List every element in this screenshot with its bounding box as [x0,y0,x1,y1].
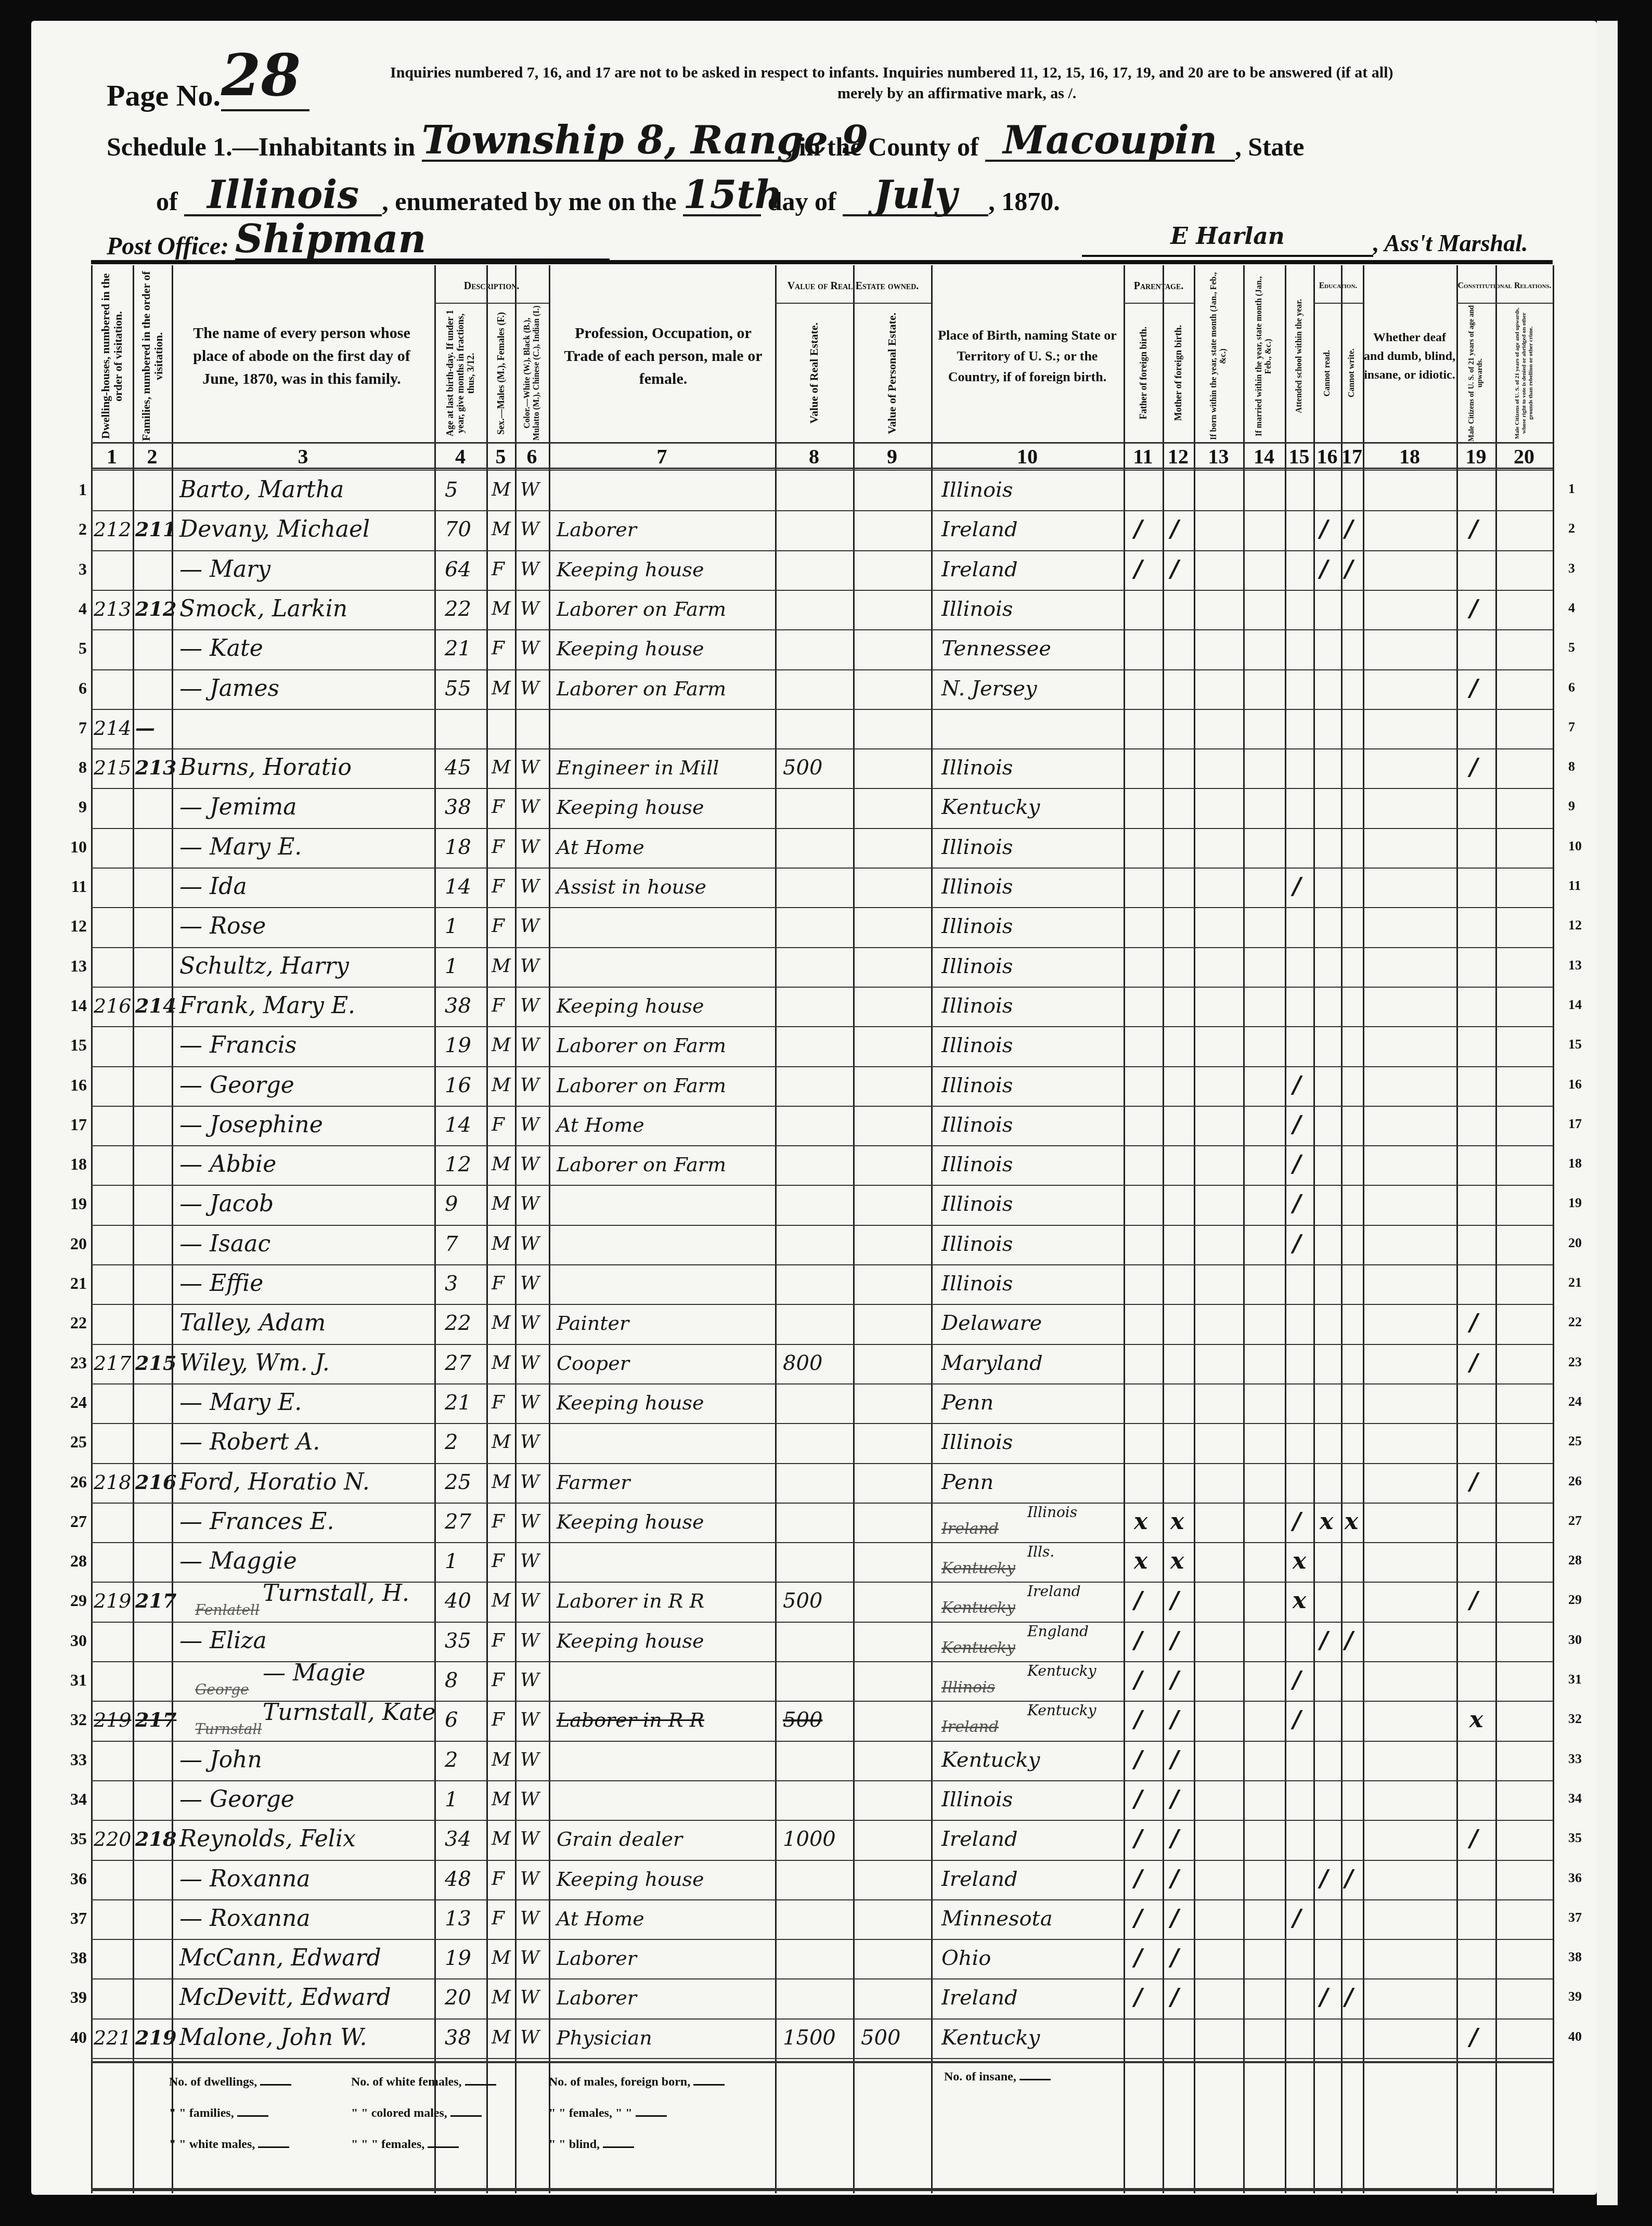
person-name: — Kate [179,629,263,668]
age: 34 [445,1820,471,1858]
family-number: 219 [135,2018,176,2057]
birthplace: Illinois [941,1106,1013,1144]
occupation: Laborer on Farm [557,590,726,628]
table-row: 3636— Roxanna48FWKeeping houseIreland///… [91,1860,1553,1899]
table-row: 2727— Frances E.27FWKeeping houseIllinoi… [91,1503,1553,1542]
cannot-read-mark: / [1320,510,1328,549]
sex: M [492,1026,511,1065]
table-row: 2626218216Ford, Horatio N.25MWFarmerPenn… [91,1463,1553,1503]
mother-foreign-mark: / [1170,1860,1179,1898]
row-divider [91,2018,1553,2020]
family-number: — [135,709,155,747]
cannot-read-mark: / [1320,550,1328,589]
sex: F [492,828,505,866]
person-name: Wiley, Wm. J. [179,1344,330,1382]
line-number-left: 13 [66,956,87,976]
line-number-left: 36 [66,1869,87,1888]
father-foreign-mark: / [1134,1701,1142,1739]
person-name: — Effie [179,1264,263,1303]
header-constitutional-group: Constitutional Relations. [1456,270,1553,302]
row-divider [91,1383,1553,1384]
line-number-right: 21 [1568,1275,1582,1290]
footer-colored-males: " " colored males, [351,2106,482,2120]
table-row: 2222Talley, Adam22MWPainterDelaware/ [91,1304,1553,1343]
column-number: 10 [931,442,1124,471]
table-row: 66— James55MWLaborer on FarmN. Jersey/ [91,669,1553,709]
state-label: , State [1235,132,1304,161]
color: W [520,788,539,826]
occupation: Keeping house [557,629,704,668]
column-number: 20 [1495,442,1553,471]
header-parentage-group: Parentage. [1124,270,1194,302]
color: W [520,907,539,946]
row-divider [91,748,1553,749]
male-citizen-mark: / [1469,1344,1478,1382]
sex: M [492,1423,511,1461]
line-number-left: 24 [66,1393,87,1412]
person-name: — Jacob [179,1185,274,1223]
table-row: 3232219217Turnstall, Kate6FWLaborer in R… [91,1701,1553,1740]
occupation: Cooper [557,1344,629,1382]
line-number-right: 9 [1568,798,1575,814]
page-label: Page No. [107,79,221,112]
father-foreign-mark: x [1134,1503,1147,1541]
marshal-line: E Harlan, Ass't Marshal. [1082,218,1528,257]
birthplace: Penn [941,1463,993,1502]
header-personal-estate: Value of Personal Estate. [853,304,931,442]
father-foreign-mark: / [1134,510,1142,549]
sex: F [492,1701,505,1739]
age: 45 [445,748,471,787]
person-name: — Mary E. [179,828,302,866]
dwelling-number: 219 [94,1701,132,1739]
line-number-right: 39 [1568,1989,1582,2004]
line-number-right: 15 [1568,1037,1582,1052]
header-family: Families, numbered in the order of visit… [133,270,172,442]
sex: M [492,947,511,986]
color: W [520,590,539,628]
column-divider [549,265,550,2193]
occupation: Keeping house [557,987,704,1025]
age: 1 [445,1542,458,1581]
real-estate-value: 500 [783,1582,822,1620]
day-field: 15th [683,177,761,216]
column-divider [434,265,436,2193]
footer-colored-females: " " " females, [351,2138,459,2152]
occupation: Keeping house [557,1622,704,1660]
birthplace: Illinois [941,947,1013,986]
mother-foreign-mark: / [1170,1899,1179,1938]
column-number: 13 [1194,442,1243,471]
color: W [520,1978,539,2017]
column-number: 19 [1456,442,1495,471]
header-education-group: Education. [1313,270,1363,302]
column-divider [1124,265,1125,2193]
occupation: Farmer [557,1463,630,1502]
line-number-right: 1 [1568,481,1575,497]
footer-dwellings: No. of dwellings, [169,2075,291,2089]
color: W [520,669,539,708]
occupation: Painter [557,1304,629,1342]
sex: F [492,1503,505,1541]
occupation: Keeping house [557,1383,704,1422]
footer-white-males: " " white males, [169,2138,289,2152]
header-divider [91,442,1553,444]
sex: M [492,1820,511,1858]
line-number-right: 28 [1568,1552,1582,1568]
column-divider [515,265,517,2193]
footer-families: " " families, [169,2106,268,2120]
row-divider [91,1661,1553,1662]
sex: M [492,748,511,787]
occupation: Laborer on Farm [557,1066,726,1105]
column-number: 6 [515,442,549,471]
mother-foreign-mark: / [1170,1661,1179,1700]
color: W [520,1780,539,1819]
birthplace: Minnesota [941,1899,1052,1938]
birthplace: Illinois [941,1264,1013,1303]
age: 22 [445,590,471,628]
color: W [520,1860,539,1898]
sex: F [492,1622,505,1660]
table-row: 3737— Roxanna13FWAt HomeMinnesota/// [91,1899,1553,1939]
line-number-left: 12 [66,916,87,936]
row-divider [91,1741,1553,1742]
occupation: At Home [557,1899,644,1938]
birthplace: Illinois [941,1423,1013,1461]
post-office-line: Post Office: Shipman [107,221,610,261]
header-deaf-blind: Whether deaf and dumb, blind, insane, or… [1363,270,1456,442]
person-name: Reynolds, Felix [179,1820,356,1858]
line-number-left: 27 [66,1512,87,1531]
mother-foreign-mark: / [1170,1582,1179,1620]
age: 64 [445,550,471,589]
age: 27 [445,1344,471,1382]
row-divider [91,947,1553,948]
dwelling-number: 220 [94,1820,132,1858]
line-number-left: 30 [66,1631,87,1650]
occupation: Laborer [557,1939,637,1977]
age: 2 [445,1423,458,1461]
family-number: 218 [135,1820,176,1858]
line-number-right: 36 [1568,1870,1582,1886]
group-divider [1313,303,1363,304]
father-foreign-mark: / [1134,1622,1142,1660]
table-row: 2323217215Wiley, Wm. J.27MWCooper800Mary… [91,1344,1553,1383]
person-name: McCann, Edward [179,1939,381,1977]
person-name: — Francis [179,1026,296,1065]
table-row: 3434— George1MWIllinois// [91,1780,1553,1820]
column-number: 1 [91,442,133,471]
sex: F [492,1542,505,1581]
age: 14 [445,1106,471,1144]
color: W [520,1622,539,1660]
page-number: 28 [221,42,301,109]
column-divider [775,265,777,2193]
cannot-write-mark: / [1345,510,1353,549]
line-number-right: 34 [1568,1791,1582,1806]
father-foreign-mark: / [1134,1860,1142,1898]
sex: F [492,907,505,946]
birthplace: Maryland [941,1344,1043,1382]
person-name: — James [179,669,279,708]
personal-estate-value: 500 [861,2018,900,2057]
sex: M [492,1145,511,1184]
sex: M [492,1978,511,2017]
table-row: 1111— Ida14FWAssist in houseIllinois/ [91,868,1553,907]
attended-school-mark: x [1293,1542,1306,1581]
table-row: 44213212Smock, Larkin22MWLaborer on Farm… [91,590,1553,629]
father-foreign-mark: / [1134,1661,1142,1700]
age: 35 [445,1622,471,1660]
color: W [520,1106,539,1144]
birthplace: Illinois [941,1185,1013,1223]
attended-school-mark: / [1293,1503,1301,1541]
color: W [520,868,539,906]
occupation: Keeping house [557,550,704,589]
line-number-left: 11 [66,877,87,896]
header-description-group: Description. [434,270,549,302]
age: 40 [445,1582,471,1620]
line-number-left: 21 [66,1274,87,1293]
notice-line-2: merely by an affirmative mark, as /. [390,83,1534,104]
table-row: 11Barto, Martha5MWIllinois [91,471,1553,510]
age: 38 [445,788,471,826]
column-divider [133,265,134,2193]
family-number: 212 [135,590,176,628]
post-office-field: Shipman [235,221,610,261]
column-number: 7 [549,442,775,471]
birthplace: Kentucky [941,2018,1040,2057]
person-name: — Eliza [179,1622,267,1660]
sex: F [492,987,505,1025]
table-row: 88215213Burns, Horatio45MWEngineer in Mi… [91,748,1553,788]
age: 18 [445,828,471,866]
occupation: Laborer on Farm [557,1145,726,1184]
person-name: — Robert A. [179,1423,320,1461]
census-table: Dwelling-houses, numbered in the order o… [91,265,1553,2148]
footer-blind: " " blind, [549,2138,634,2152]
birthplace: Illinois [941,987,1013,1025]
birthplace: Illinois [941,1066,1013,1105]
family-number: 217 [135,1582,176,1620]
person-name: Schultz, Harry [179,947,349,986]
column-divider [91,265,93,2193]
person-name: — Mary [179,550,270,589]
color: W [520,1185,539,1223]
table-row: 55— Kate21FWKeeping houseTennessee [91,629,1553,669]
column-divider [853,265,855,2193]
age: 25 [445,1463,471,1502]
sex: F [492,1661,505,1700]
birthplace: Kentucky [941,788,1040,826]
header-birthplace: Place of Birth, naming State or Territor… [934,270,1121,442]
color: W [520,828,539,866]
table-top-rule [91,260,1553,264]
line-number-right: 32 [1568,1711,1582,1727]
of-label: of [156,187,178,216]
row-divider [91,1701,1553,1702]
line-number-right: 29 [1568,1592,1582,1608]
line-number-right: 37 [1568,1910,1582,1925]
person-name: — John [179,1741,262,1779]
column-divider [1553,265,1554,2193]
color: W [520,1066,539,1105]
enumerated-label: , enumerated by me on the [382,187,677,216]
person-name: — Rose [179,907,266,946]
birthplace: Tennessee [941,629,1051,668]
sex: M [492,1066,511,1105]
family-number: 213 [135,748,176,787]
color: W [520,1542,539,1581]
father-foreign-mark: / [1134,1939,1142,1977]
header-color: Color.—White (W.), Black (B.), Mulatto (… [515,304,549,442]
occupation: Laborer [557,1978,637,2017]
age: 21 [445,629,471,668]
column-number: 8 [775,442,853,471]
adjacent-page-edge [1597,21,1618,2205]
line-number-right: 13 [1568,957,1582,973]
dwelling-number: 214 [94,709,132,747]
sex: F [492,550,505,589]
male-citizen-mark: / [1469,748,1478,787]
occupation: Keeping house [557,1860,704,1898]
color: W [520,1582,539,1620]
person-name: — Magie [263,1654,366,1692]
table-row: 3939McDevitt, Edward20MWLaborerIreland//… [91,1978,1553,2018]
person-name: — Frances E. [179,1503,334,1541]
page-number-underline [221,109,309,111]
line-number-right: 31 [1568,1672,1582,1687]
birthplace: Ohio [941,1939,991,1977]
row-divider [91,1860,1553,1861]
column-divider [1456,265,1458,2193]
line-number-right: 35 [1568,1830,1582,1846]
occupation: Laborer in R R [557,1701,704,1739]
sex: F [492,788,505,826]
birthplace: Ireland [1027,1572,1081,1611]
column-divider [1341,265,1343,2193]
mother-foreign-mark: x [1170,1503,1184,1541]
attended-school-mark: / [1293,1145,1301,1184]
line-number-right: 26 [1568,1473,1582,1489]
male-citizen-mark: x [1469,1701,1483,1739]
line-number-right: 24 [1568,1394,1582,1409]
row-divider [91,1066,1553,1067]
age: 20 [445,1978,471,2017]
line-number-left: 6 [66,679,87,698]
real-estate-value: 1500 [783,2018,836,2057]
real-estate-value: 500 [783,1701,822,1739]
color: W [520,471,539,509]
row-divider [91,1185,1553,1186]
column-divider [1243,265,1245,2193]
cannot-write-mark: / [1345,550,1353,589]
header-attended-school: Attended school within the year. [1285,270,1313,442]
person-name: Ford, Horatio N. [179,1463,370,1502]
father-foreign-mark: / [1134,550,1142,589]
mother-foreign-mark: / [1170,1780,1179,1819]
occupation: Laborer [557,510,637,549]
line-number-right: 18 [1568,1156,1582,1171]
occupation: Assist in house [557,868,706,906]
age: 19 [445,1026,471,1065]
birthplace: Illinois [941,1225,1013,1263]
line-number-right: 22 [1568,1314,1582,1330]
sex: F [492,1860,505,1898]
dwelling-number: 216 [94,987,132,1025]
table-bottom-rule [91,2061,1553,2063]
line-number-left: 40 [66,2028,87,2047]
day-of-label: day of [768,187,836,216]
sex: M [492,1344,511,1382]
line-number-right: 3 [1568,561,1575,576]
row-divider [91,1503,1553,1504]
line-number-left: 35 [66,1829,87,1848]
table-row: 22212211Devany, Michael70MWLaborerIrelan… [91,510,1553,550]
family-number: 214 [135,987,176,1025]
line-number-right: 11 [1568,878,1581,894]
cannot-write-mark: x [1345,1503,1358,1541]
header-born-within-year: If born within the year, state month (Ja… [1194,270,1243,442]
father-foreign-mark: x [1134,1542,1147,1581]
real-estate-value: 1000 [783,1820,836,1858]
row-divider [91,669,1553,670]
person-name: — Abbie [179,1145,276,1184]
birthplace: Illinois [941,1026,1013,1065]
marshal-name-field: E Harlan [1082,218,1373,257]
header-married-within-year: If married within the year, state month … [1243,270,1285,442]
line-number-left: 32 [66,1710,87,1729]
person-name: — George [179,1780,294,1819]
line-number-right: 6 [1568,680,1575,695]
mother-foreign-mark: / [1170,1820,1179,1858]
sex: M [492,1939,511,1977]
header-cannot-write: Cannot write. [1341,304,1363,442]
age: 22 [445,1304,471,1342]
row-divider [91,828,1553,829]
row-divider [91,868,1553,869]
header-father-foreign: Father of foreign birth. [1124,304,1163,442]
sex: F [492,1383,505,1422]
attended-school-mark: / [1293,1106,1301,1144]
row-divider [91,1978,1553,1979]
header-male-citizens: Male Citizens of U. S. of 21 years of ag… [1456,304,1495,442]
row-divider [91,1304,1553,1305]
column-number: 2 [133,442,172,471]
person-name: Frank, Mary E. [179,987,355,1025]
enumeration-line: of Illinois, enumerated by me on the 15t… [156,177,1060,216]
birthplace: Ireland [941,1860,1018,1898]
line-number-left: 20 [66,1234,87,1253]
line-number-right: 10 [1568,838,1582,854]
birthplace: Illinois [941,828,1013,866]
person-name: McDevitt, Edward [179,1978,391,2017]
birthplace: N. Jersey [941,669,1037,708]
occupation: Engineer in Mill [557,748,719,787]
occupation: Laborer on Farm [557,669,726,708]
sex: M [492,1780,511,1819]
row-divider [91,987,1553,988]
row-divider [91,590,1553,591]
color: W [520,1939,539,1977]
row-divider [91,1463,1553,1464]
cannot-read-mark: x [1320,1503,1333,1541]
line-number-left: 34 [66,1790,87,1809]
color: W [520,1463,539,1502]
month-field: July [843,177,988,216]
age: 14 [445,868,471,906]
